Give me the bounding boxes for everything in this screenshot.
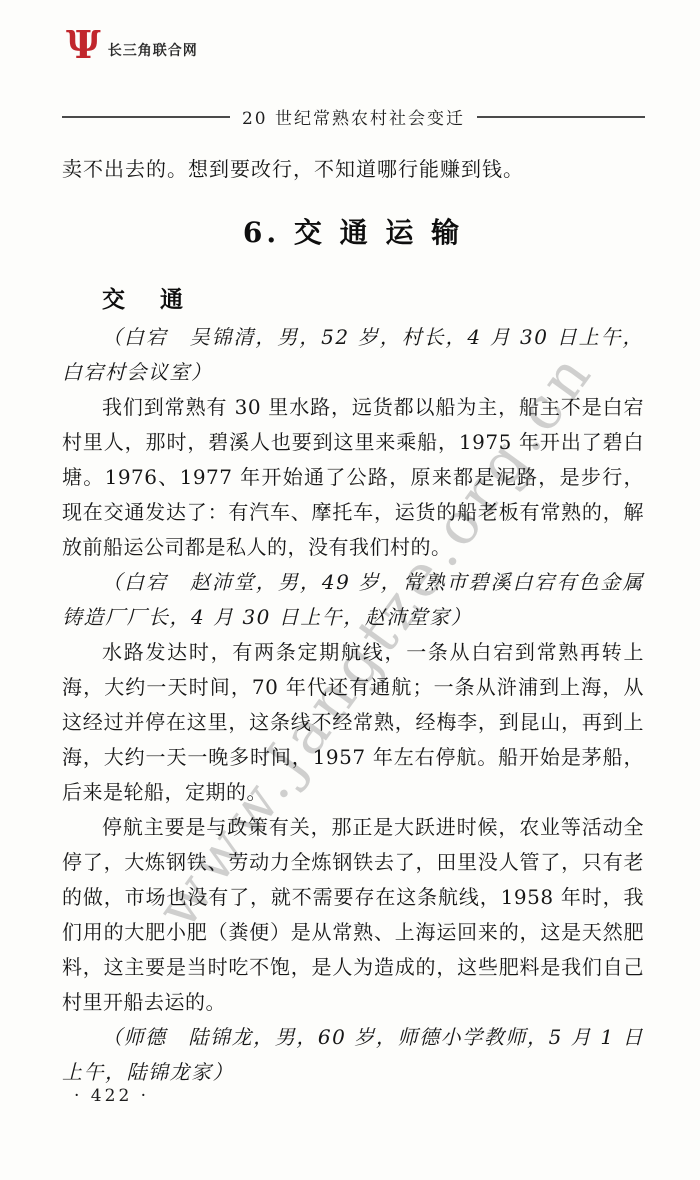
body-paragraph: 我们到常熟有 30 里水路，远货都以船为主，船主不是白宕村里人，那时，碧溪人也要… bbox=[62, 390, 644, 565]
running-title: 20 世纪常熟农村社会变迁 bbox=[242, 104, 465, 129]
document-body: 卖不出去的。想到要改行，不知道哪行能赚到钱。 6. 交 通 运 输 交 通 （白… bbox=[62, 152, 644, 1090]
body-paragraph: 水路发达时，有两条定期航线，一条从白宕到常熟再转上海，大约一天时间，70 年代还… bbox=[62, 635, 644, 810]
header-rule-left bbox=[62, 116, 230, 118]
carryover-line: 卖不出去的。想到要改行，不知道哪行能赚到钱。 bbox=[62, 152, 644, 187]
section-title: 交 通 bbox=[102, 281, 644, 314]
chapter-title: 6. 交 通 运 输 bbox=[62, 211, 644, 251]
header-rule-right bbox=[477, 116, 645, 118]
site-name: 长三角联合网 bbox=[108, 30, 198, 60]
page-number: · 422 · bbox=[74, 1086, 149, 1106]
interview-meta-paragraph: （白宕 赵沛堂，男，49 岁，常熟市碧溪白宕有色金属铸造厂厂长，4 月 30 日… bbox=[62, 565, 644, 635]
body-paragraph: 停航主要是与政策有关，那正是大跃进时候，农业等活动全停了，大炼钢铁、劳动力全炼钢… bbox=[62, 810, 644, 1020]
interview-meta-paragraph: （白宕 吴锦清，男，52 岁，村长，4 月 30 日上午，白宕村会议室） bbox=[62, 320, 644, 390]
scanned-book-page: www.Jangtze.org.cn Ψ 长三角联合网 20 世纪常熟农村社会变… bbox=[0, 0, 700, 1180]
running-header: 20 世纪常熟农村社会变迁 bbox=[62, 104, 645, 129]
interview-meta-paragraph: （师德 陆锦龙，男，60 岁，师德小学教师，5 月 1 日上午，陆锦龙家） bbox=[62, 1020, 644, 1090]
site-brand: Ψ 长三角联合网 bbox=[66, 26, 198, 64]
psi-logo-icon: Ψ bbox=[66, 26, 101, 64]
